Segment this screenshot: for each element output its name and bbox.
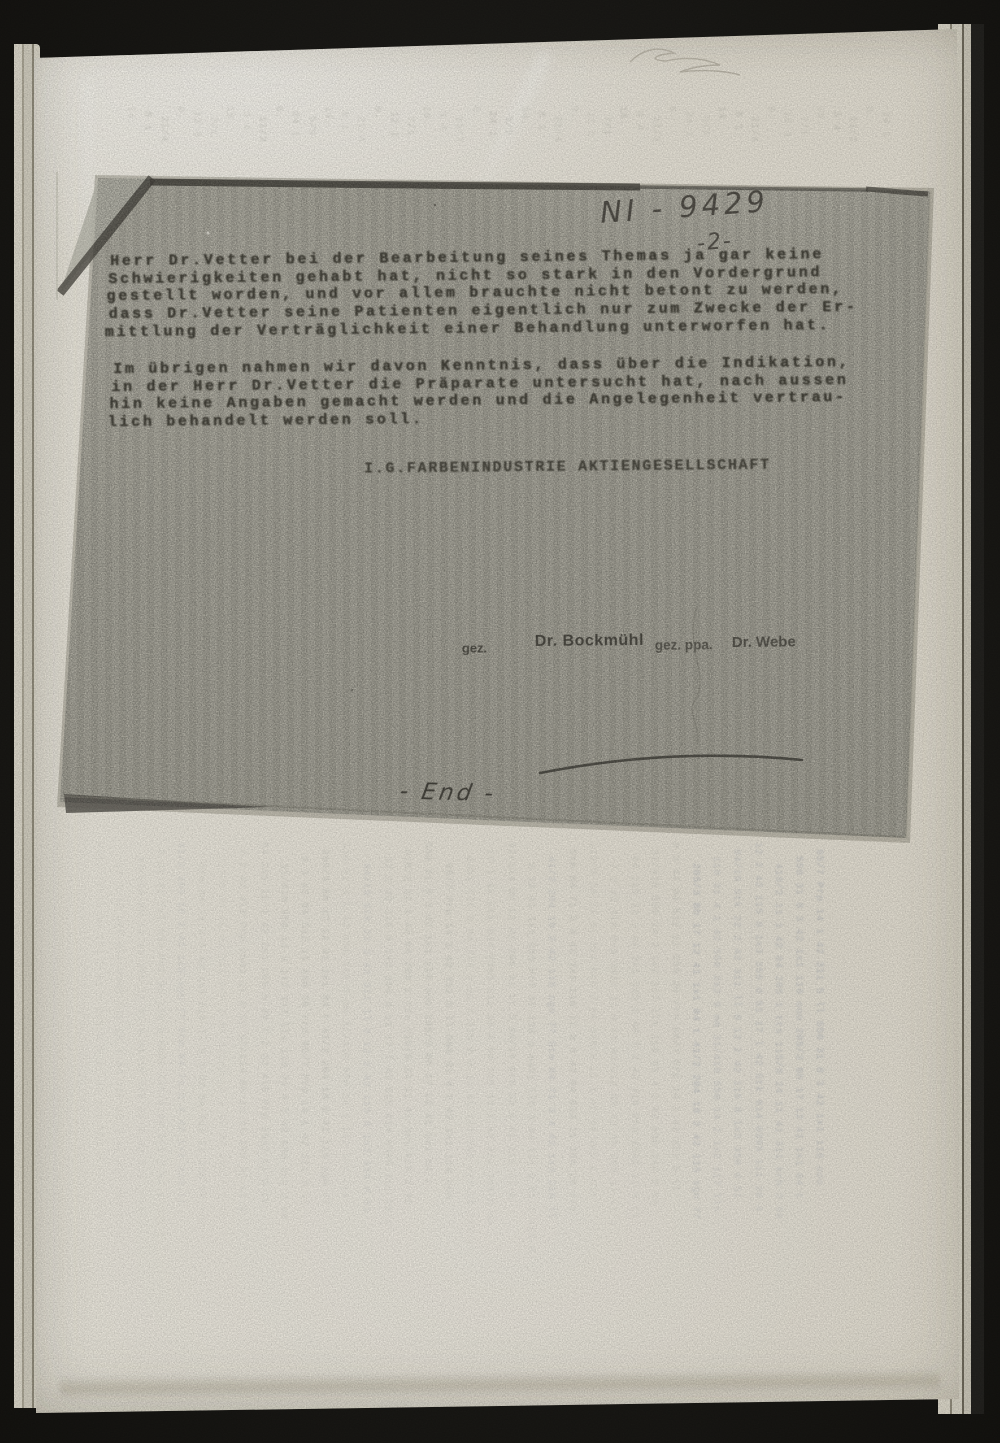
signature-prefix-2: gez. ppa. xyxy=(655,637,713,653)
company-name-line: I.G.FARBENINDUSTRIE AKTIENGESELLSCHAFT xyxy=(364,457,771,478)
signature-name-2: Dr. Webe xyxy=(732,633,796,651)
letter-paragraph-2: Im übrigen nahmen wir davon Kenntnis, da… xyxy=(113,354,851,432)
scanned-album-page: 14.8 121/49.12 37/118.3 411/26.24 15/914… xyxy=(0,0,1000,1443)
album-page: 14.8 121/49.12 37/118.3 411/26.24 15/914… xyxy=(0,0,1000,1443)
signature-name-1: Dr. Bockmühl xyxy=(535,632,644,651)
signature-prefix-1: gez. xyxy=(462,640,487,655)
letter-paragraph-1: Herr Dr.Vetter bei der Bearbeitung seine… xyxy=(110,246,860,342)
end-annotation-handwriting: - End - xyxy=(398,779,498,807)
